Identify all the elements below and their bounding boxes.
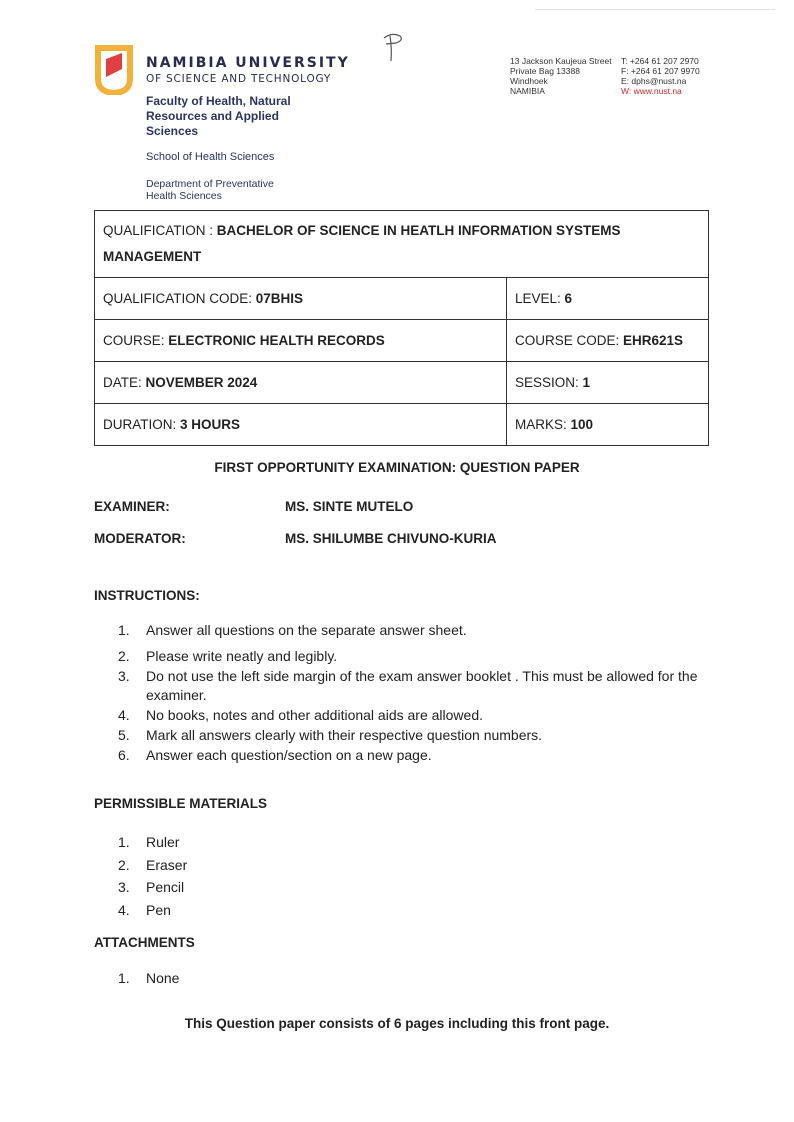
- list-item: 2.Eraser: [118, 854, 187, 877]
- list-item: 3.Do not use the left side margin of the…: [118, 667, 698, 705]
- address-block: 13 Jackson Kaujeua Street Private Bag 13…: [510, 56, 612, 96]
- item-number: 2.: [118, 854, 146, 877]
- qualification-cell: QUALIFICATION : BACHELOR OF SCIENCE IN H…: [95, 211, 709, 278]
- table-row: DURATION: 3 HOURS MARKS: 100: [95, 404, 709, 446]
- item-number: 1.: [118, 970, 146, 986]
- session-value: 1: [583, 375, 591, 390]
- list-item: 2.Please write neatly and legibly.: [118, 647, 698, 666]
- marks-cell: MARKS: 100: [507, 404, 709, 446]
- permissible-materials-heading: PERMISSIBLE MATERIALS: [94, 796, 267, 811]
- scan-edge-line: [535, 9, 775, 10]
- qualification-code-cell: QUALIFICATION CODE: 07BHIS: [95, 278, 507, 320]
- attachments-heading: ATTACHMENTS: [94, 935, 195, 950]
- course-code-cell: COURSE CODE: EHR621S: [507, 320, 709, 362]
- course-code-label: COURSE CODE:: [515, 333, 623, 348]
- duration-label: DURATION:: [103, 417, 180, 432]
- address-line: Windhoek: [510, 76, 612, 86]
- school-name: School of Health Sciences: [146, 151, 274, 163]
- list-item: 6.Answer each question/section on a new …: [118, 745, 698, 765]
- faculty-name: Faculty of Health, Natural Resources and…: [146, 94, 316, 139]
- item-number: 2.: [118, 647, 146, 666]
- marks-value: 100: [571, 417, 594, 432]
- date-label: DATE:: [103, 375, 146, 390]
- marks-label: MARKS:: [515, 417, 571, 432]
- list-item: 1.Answer all questions on the separate a…: [118, 622, 698, 638]
- level-label: LEVEL:: [515, 291, 565, 306]
- university-subtitle: OF SCIENCE AND TECHNOLOGY: [146, 73, 331, 85]
- item-number: 4.: [118, 899, 146, 922]
- exam-title: FIRST OPPORTUNITY EXAMINATION: QUESTION …: [0, 460, 794, 475]
- table-row: DATE: NOVEMBER 2024 SESSION: 1: [95, 362, 709, 404]
- session-label: SESSION:: [515, 375, 583, 390]
- item-text: No books, notes and other additional aid…: [146, 705, 483, 725]
- date-cell: DATE: NOVEMBER 2024: [95, 362, 507, 404]
- table-row: COURSE: ELECTRONIC HEALTH RECORDS COURSE…: [95, 320, 709, 362]
- address-line: NAMIBIA: [510, 86, 612, 96]
- level-value: 6: [565, 291, 573, 306]
- website-link[interactable]: W: www.nust.na: [621, 86, 700, 96]
- moderator-value: MS. SHILUMBE CHIVUNO-KURIA: [285, 531, 497, 546]
- qualification-code-label: QUALIFICATION CODE:: [103, 291, 256, 306]
- fax: F: +264 61 207 9970: [621, 66, 700, 76]
- telephone: T: +264 61 207 2970: [621, 56, 700, 66]
- list-item: 4.Pen: [118, 899, 187, 922]
- item-text: Please write neatly and legibly.: [146, 647, 337, 666]
- list-item: 3.Pencil: [118, 876, 187, 899]
- level-cell: LEVEL: 6: [507, 278, 709, 320]
- instructions-list: 1.Answer all questions on the separate a…: [118, 622, 698, 765]
- date-value: NOVEMBER 2024: [146, 375, 258, 390]
- permissible-materials-list: 1.Ruler 2.Eraser 3.Pencil 4.Pen: [118, 831, 187, 921]
- address-line: Private Bag 13388: [510, 66, 612, 76]
- list-item: 1.None: [118, 970, 179, 986]
- examiner-label: EXAMINER:: [94, 499, 170, 514]
- university-name: NAMIBIA UNIVERSITY: [146, 55, 350, 71]
- page-count-note: This Question paper consists of 6 pages …: [0, 1016, 794, 1031]
- handwritten-p-mark: [378, 28, 408, 64]
- session-cell: SESSION: 1: [507, 362, 709, 404]
- address-line: 13 Jackson Kaujeua Street: [510, 56, 612, 66]
- duration-cell: DURATION: 3 HOURS: [95, 404, 507, 446]
- course-code-value: EHR621S: [623, 333, 683, 348]
- list-item: 5.Mark all answers clearly with their re…: [118, 725, 698, 745]
- duration-value: 3 HOURS: [180, 417, 240, 432]
- course-value: ELECTRONIC HEALTH RECORDS: [168, 333, 385, 348]
- qualification-label: QUALIFICATION :: [103, 223, 217, 238]
- university-logo-icon: [93, 45, 135, 95]
- attachments-list: 1.None: [118, 970, 179, 986]
- exam-info-table: QUALIFICATION : BACHELOR OF SCIENCE IN H…: [94, 210, 709, 446]
- item-text: Pen: [146, 899, 171, 922]
- list-item: 4.No books, notes and other additional a…: [118, 705, 698, 725]
- item-number: 6.: [118, 745, 146, 765]
- item-text: Answer each question/section on a new pa…: [146, 745, 432, 765]
- item-text: Eraser: [146, 854, 187, 877]
- item-number: 3.: [118, 667, 146, 705]
- department-name: Department of Preventative Health Scienc…: [146, 178, 306, 202]
- table-row: QUALIFICATION CODE: 07BHIS LEVEL: 6: [95, 278, 709, 320]
- item-text: Mark all answers clearly with their resp…: [146, 725, 542, 745]
- table-row: QUALIFICATION : BACHELOR OF SCIENCE IN H…: [95, 211, 709, 278]
- item-number: 4.: [118, 705, 146, 725]
- contact-block: T: +264 61 207 2970 F: +264 61 207 9970 …: [621, 56, 700, 96]
- course-label: COURSE:: [103, 333, 168, 348]
- course-cell: COURSE: ELECTRONIC HEALTH RECORDS: [95, 320, 507, 362]
- instructions-heading: INSTRUCTIONS:: [94, 588, 200, 603]
- item-text: Ruler: [146, 831, 179, 854]
- item-text: Pencil: [146, 876, 184, 899]
- item-number: 1.: [118, 622, 146, 638]
- item-number: 5.: [118, 725, 146, 745]
- item-text: Do not use the left side margin of the e…: [146, 667, 698, 705]
- moderator-label: MODERATOR:: [94, 531, 186, 546]
- item-number: 3.: [118, 876, 146, 899]
- email-link[interactable]: E: dphs@nust.na: [621, 76, 700, 86]
- item-number: 1.: [118, 831, 146, 854]
- item-text: None: [146, 970, 179, 986]
- qualification-code-value: 07BHIS: [256, 291, 303, 306]
- list-item: 1.Ruler: [118, 831, 187, 854]
- examiner-value: MS. SINTE MUTELO: [285, 499, 413, 514]
- item-text: Answer all questions on the separate ans…: [146, 622, 467, 638]
